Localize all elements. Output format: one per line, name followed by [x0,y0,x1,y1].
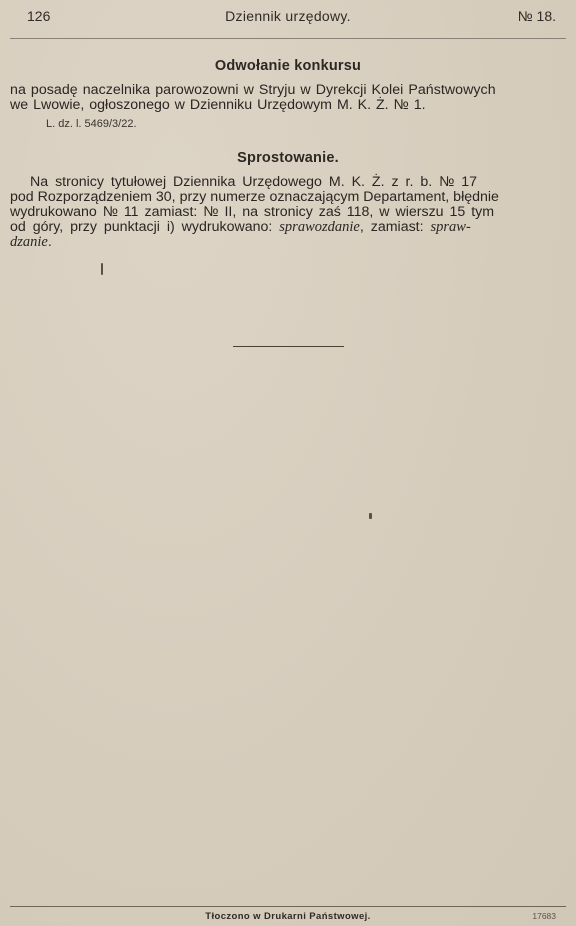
section-body-odwolanie: na posadę naczelnika parowozowni w Stryj… [10,83,566,113]
italic-word: spraw- [431,219,471,235]
print-speck [101,263,103,275]
text-line: dzanie. [10,235,566,250]
printer-imprint: Tłoczono w Drukarni Państwowej. [0,911,576,922]
italic-word: dzanie [10,234,48,250]
text-line: wydrukowano № 11 zamiast: № II, na stron… [10,205,566,220]
section-body-sprostowanie: Na stronicy tytułowej Dziennika Urzędowe… [10,175,566,250]
text-line: pod Rozporządzeniem 30, przy numerze ozn… [10,190,566,205]
running-header: 126 Dziennik urzędowy. № 18. [0,4,576,26]
issue-number: № 18. [518,8,556,24]
footer-rule [10,906,566,907]
document-page: 126 Dziennik urzędowy. № 18. Odwołanie k… [0,0,576,926]
italic-word: sprawozdanie [279,219,360,235]
header-rule [10,38,566,39]
text-line: na posadę naczelnika parowozowni w Stryj… [10,83,566,98]
text-line: od góry, przy punktacji i) wydrukowano: … [10,220,566,235]
print-code: 17683 [532,911,556,921]
journal-title: Dziennik urzędowy. [0,8,576,24]
section-heading-sprostowanie: Sprostowanie. [0,150,576,166]
section-heading-odwolanie: Odwołanie konkursu [0,58,576,74]
text-line: Na stronicy tytułowej Dziennika Urzędowe… [10,175,566,190]
print-speck [369,513,372,519]
section-divider [233,346,344,347]
reference-number: L. dz. l. 5469/3/22. [46,118,137,130]
text-line: we Lwowie, ogłoszonego w Dzienniku Urzęd… [10,98,566,113]
